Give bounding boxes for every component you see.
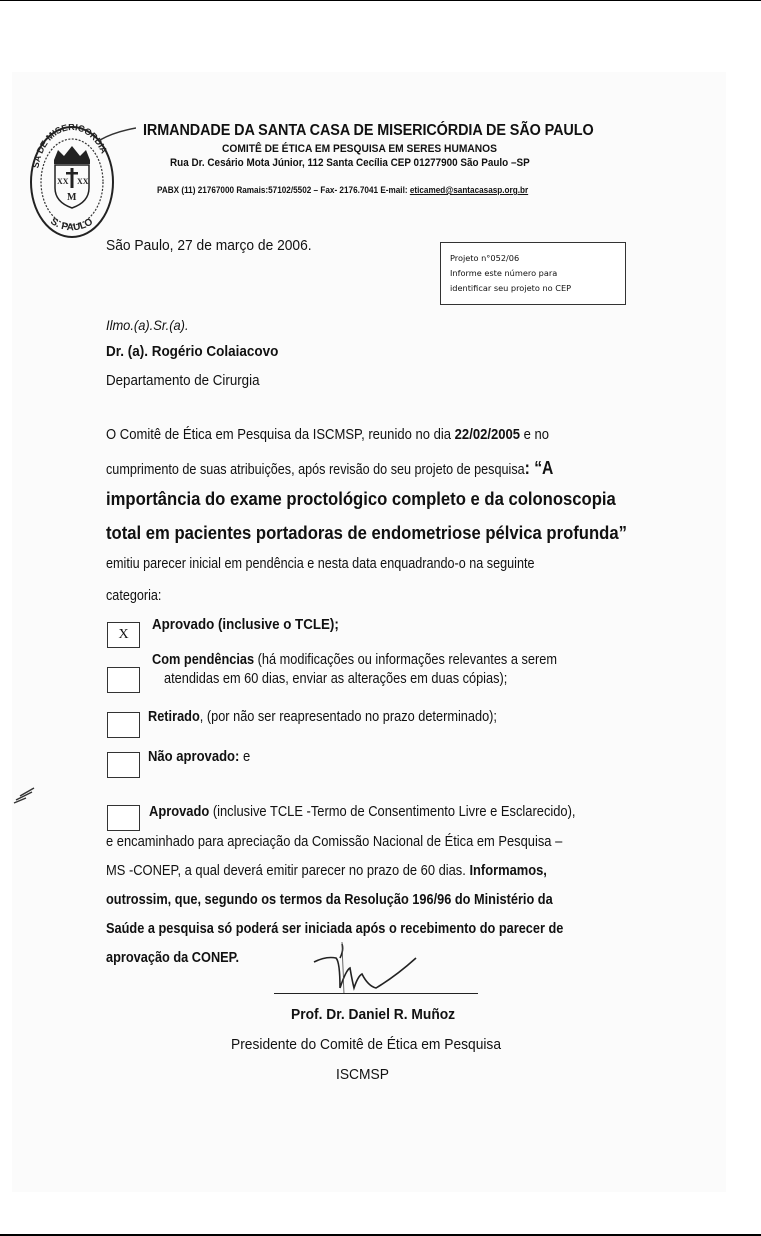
option-pending-label-line2: atendidas em 60 dias, enviar as alteraçõ… xyxy=(164,671,507,687)
body-line-2: cumprimento de suas atribuições, após re… xyxy=(106,458,553,479)
project-title-line-2: total em pacientes portadoras de endomet… xyxy=(106,522,627,544)
salutation: Ilmo.(a).Sr.(a). xyxy=(106,317,189,333)
option-approved-conep-label: Aprovado (inclusive TCLE -Termo de Conse… xyxy=(149,804,576,820)
contact-line: PABX (11) 21767000 Ramais:57102/5502 – F… xyxy=(157,185,528,196)
phone-fax-text: PABX (11) 21767000 Ramais:57102/5502 – F… xyxy=(157,185,410,196)
email-link[interactable]: eticamed@santacasasp.org.br xyxy=(410,185,528,196)
body-text: cumprimento de suas atribuições, após re… xyxy=(106,462,525,478)
option-pending-title: Com pendências xyxy=(152,652,254,668)
institution-name: IRMANDADE DA SANTA CASA DE MISERICÓRDIA … xyxy=(143,122,594,140)
signatory-role: Presidente do Comitê de Ética em Pesquis… xyxy=(231,1036,501,1053)
project-number-box: Projeto n°052/06 Informe este número par… xyxy=(440,242,626,305)
svg-text:XX: XX xyxy=(57,177,69,186)
title-open-quote: : “A xyxy=(525,458,554,478)
option-approved-conep-title: Aprovado xyxy=(149,804,209,820)
option-not-approved-desc: e xyxy=(239,749,250,765)
recipient-department: Departamento de Cirurgia xyxy=(106,373,259,389)
signature-line xyxy=(274,993,478,994)
page-top-border xyxy=(0,0,761,1)
option-withdrawn-desc: , (por não ser reapresentado no prazo de… xyxy=(200,709,497,725)
recipient-name: Dr. (a). Rogério Colaiacovo xyxy=(106,344,278,360)
option-pending-checkbox[interactable] xyxy=(107,667,140,693)
signatory-name: Prof. Dr. Daniel R. Muñoz xyxy=(291,1006,455,1023)
option-not-approved-title: Não aprovado: xyxy=(148,749,239,765)
option-withdrawn-checkbox[interactable] xyxy=(107,712,140,738)
committee-name: COMITÊ DE ÉTICA EM PESQUISA EM SERES HUM… xyxy=(222,143,497,155)
svg-text:M: M xyxy=(67,192,77,203)
body-line-1: O Comitê de Ética em Pesquisa da ISCMSP,… xyxy=(106,427,549,443)
handwritten-signature-icon xyxy=(306,940,426,1000)
option-withdrawn-title: Retirado xyxy=(148,709,200,725)
body-text: MS -CONEP, a qual deverá emitir parecer … xyxy=(106,863,469,879)
conep-line-3: MS -CONEP, a qual deverá emitir parecer … xyxy=(106,863,547,879)
svg-text:S. PAULO: S. PAULO xyxy=(48,216,95,233)
body-text: e no xyxy=(520,427,549,443)
option-withdrawn-label: Retirado, (por não ser reapresentado no … xyxy=(148,709,497,725)
conep-line-5: Saúde a pesquisa só poderá ser iniciada … xyxy=(106,921,563,937)
conep-line-2: e encaminhado para apreciação da Comissã… xyxy=(106,834,562,850)
seal-pointer-line xyxy=(100,126,136,142)
project-note-line-1: Informe este número para xyxy=(450,266,625,281)
option-approved-conep-desc: (inclusive TCLE -Termo de Consentimento … xyxy=(209,804,575,820)
option-approved-checkbox[interactable]: X xyxy=(107,622,140,648)
letter-date: São Paulo, 27 de março de 2006. xyxy=(106,237,312,254)
svg-text:XX: XX xyxy=(77,177,89,186)
body-line-5: emitiu parecer inicial em pendência e ne… xyxy=(106,556,535,572)
institution-address: Rua Dr. Cesário Mota Júnior, 112 Santa C… xyxy=(170,157,530,169)
margin-pen-mark-icon xyxy=(12,784,40,804)
option-approved-conep-checkbox[interactable] xyxy=(107,805,140,831)
body-text: O Comitê de Ética em Pesquisa da ISCMSP,… xyxy=(106,427,455,443)
signatory-organization: ISCMSP xyxy=(336,1066,389,1083)
option-pending-label: Com pendências (há modificações ou infor… xyxy=(152,652,557,668)
option-not-approved-checkbox[interactable] xyxy=(107,752,140,778)
project-note-line-2: identificar seu projeto no CEP xyxy=(450,281,625,296)
option-pending-desc: (há modificações ou informações relevant… xyxy=(254,652,557,668)
project-number: Projeto n°052/06 xyxy=(450,251,625,266)
meeting-date: 22/02/2005 xyxy=(455,427,520,443)
conep-line-4: outrossim, que, segundo os termos da Res… xyxy=(106,892,553,908)
option-not-approved-label: Não aprovado: e xyxy=(148,749,250,765)
body-text-bold: Informamos, xyxy=(469,863,546,879)
option-approved-label: Aprovado (inclusive o TCLE); xyxy=(152,617,339,633)
conep-line-6: aprovação da CONEP. xyxy=(106,950,239,966)
body-line-6: categoria: xyxy=(106,588,161,604)
project-title-line-1: importância do exame proctológico comple… xyxy=(106,488,616,510)
